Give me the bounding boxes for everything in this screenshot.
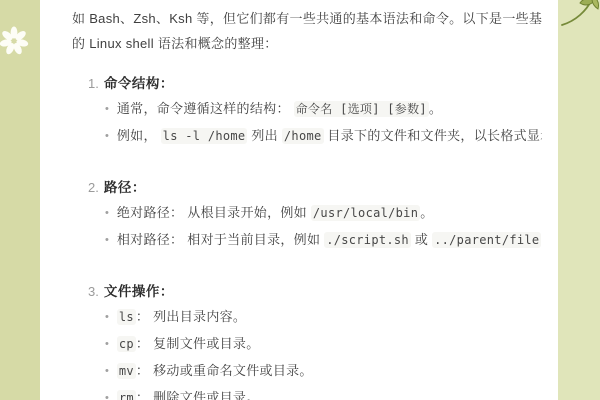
section-number: 2. — [88, 180, 99, 195]
right-border-strip — [558, 0, 600, 400]
section-heading: 2.路径： — [88, 180, 542, 196]
bullet-text: 相对路径： 相对于当前目录，例如 ./script.sh 或 ../parent… — [117, 232, 542, 247]
section: 3.文件操作： •ls： 列出目录内容。•cp： 复制文件或目录。•mv： 移动… — [72, 284, 542, 400]
inline-code: ls -l /home — [161, 128, 248, 144]
intro-line: 的 Linux shell 语法和概念的整理： — [72, 31, 542, 56]
text-segment: 通常，命令遵循这样的结构： — [117, 101, 294, 116]
text-segment: 目录下的文件和文件夹，以长格式显示。 — [324, 128, 542, 143]
bullet-text: rm： 删除文件或目录。 — [117, 390, 260, 400]
bullet-item: •mv： 移动或重命名文件或目录。 — [105, 363, 542, 379]
bullet-list: •ls： 列出目录内容。•cp： 复制文件或目录。•mv： 移动或重命名文件或目… — [88, 309, 542, 400]
bullet-item: •rm： 删除文件或目录。 — [105, 390, 542, 400]
text-segment: ： 复制文件或目录。 — [136, 336, 260, 351]
bullet-item: •绝对路径： 从根目录开始，例如 /usr/local/bin。 — [105, 205, 542, 221]
document-page: 如 Bash、Zsh、Ksh 等，但它们都有一些共通的基本语法和命令。以下是一些… — [0, 0, 600, 400]
bullet-item: •相对路径： 相对于当前目录，例如 ./script.sh 或 ../paren… — [105, 232, 542, 248]
text-segment: ： 移动或重命名文件或目录。 — [136, 363, 313, 378]
inline-code: /usr/local/bin — [311, 205, 420, 221]
section-heading: 3.文件操作： — [88, 284, 542, 300]
section-title: 文件操作： — [104, 284, 174, 299]
flower-icon — [0, 20, 35, 62]
bullet-marker-icon: • — [105, 338, 109, 350]
inline-code: ls — [117, 309, 136, 325]
bullet-marker-icon: • — [105, 103, 109, 115]
text-segment: 或 — [411, 232, 432, 247]
bullet-text: 例如， ls -l /home 列出 /home 目录下的文件和文件夹，以长格式… — [117, 128, 542, 143]
bullet-marker-icon: • — [105, 234, 109, 246]
text-segment: 列出 — [247, 128, 281, 143]
text-segment: 例如， — [117, 128, 161, 143]
section: 1.命令结构： •通常，命令遵循这样的结构： 命令名 [选项] [参数]。•例如… — [72, 76, 542, 144]
section-heading: 1.命令结构： — [88, 76, 542, 92]
bullet-marker-icon: • — [105, 365, 109, 377]
bullet-text: ls： 列出目录内容。 — [117, 309, 246, 324]
text-segment: ： 列出目录内容。 — [136, 309, 246, 324]
text-segment: 。 — [541, 232, 542, 247]
text-segment: 绝对路径： 从根目录开始，例如 — [117, 205, 311, 220]
intro-line: 如 Bash、Zsh、Ksh 等，但它们都有一些共通的基本语法和命令。以下是一些… — [72, 6, 542, 31]
inline-code: cp — [117, 336, 136, 352]
bullet-item: •通常，命令遵循这样的结构： 命令名 [选项] [参数]。 — [105, 101, 542, 117]
bullet-item: •ls： 列出目录内容。 — [105, 309, 542, 325]
bullet-list: •通常，命令遵循这样的结构： 命令名 [选项] [参数]。•例如， ls -l … — [88, 101, 542, 144]
bullet-text: 绝对路径： 从根目录开始，例如 /usr/local/bin。 — [117, 205, 434, 220]
bullet-text: 通常，命令遵循这样的结构： 命令名 [选项] [参数]。 — [117, 101, 442, 116]
bullet-item: •例如， ls -l /home 列出 /home 目录下的文件和文件夹，以长格… — [105, 128, 542, 144]
inline-code: /home — [282, 128, 324, 144]
inline-code: rm — [117, 390, 136, 400]
bullet-marker-icon: • — [105, 311, 109, 323]
section-title: 命令结构： — [104, 76, 174, 91]
section-number: 1. — [88, 76, 99, 91]
inline-code: ./script.sh — [324, 232, 411, 248]
intro-paragraph: 如 Bash、Zsh、Ksh 等，但它们都有一些共通的基本语法和命令。以下是一些… — [72, 6, 542, 56]
section-title: 路径： — [104, 180, 146, 195]
section: 2.路径： •绝对路径： 从根目录开始，例如 /usr/local/bin。•相… — [72, 180, 542, 248]
text-segment: 。 — [420, 205, 433, 220]
bullet-marker-icon: • — [105, 130, 109, 142]
text-segment: 相对路径： 相对于当前目录，例如 — [117, 232, 324, 247]
bullet-marker-icon: • — [105, 392, 109, 400]
left-border-strip — [0, 0, 40, 400]
bullet-text: cp： 复制文件或目录。 — [117, 336, 260, 351]
bullet-text: mv： 移动或重命名文件或目录。 — [117, 363, 313, 378]
section-number: 3. — [88, 284, 99, 299]
text-segment: ： 删除文件或目录。 — [136, 390, 260, 400]
bullet-list: •绝对路径： 从根目录开始，例如 /usr/local/bin。•相对路径： 相… — [88, 205, 542, 248]
text-segment: 。 — [429, 101, 442, 116]
bullet-marker-icon: • — [105, 207, 109, 219]
document-content: 如 Bash、Zsh、Ksh 等，但它们都有一些共通的基本语法和命令。以下是一些… — [72, 6, 542, 400]
inline-code: mv — [117, 363, 136, 379]
leaf-icon — [558, 0, 600, 29]
inline-code: 命令名 [选项] [参数] — [294, 101, 429, 117]
section-list: 1.命令结构： •通常，命令遵循这样的结构： 命令名 [选项] [参数]。•例如… — [72, 76, 542, 400]
inline-code: ../parent/file — [432, 232, 541, 248]
bullet-item: •cp： 复制文件或目录。 — [105, 336, 542, 352]
